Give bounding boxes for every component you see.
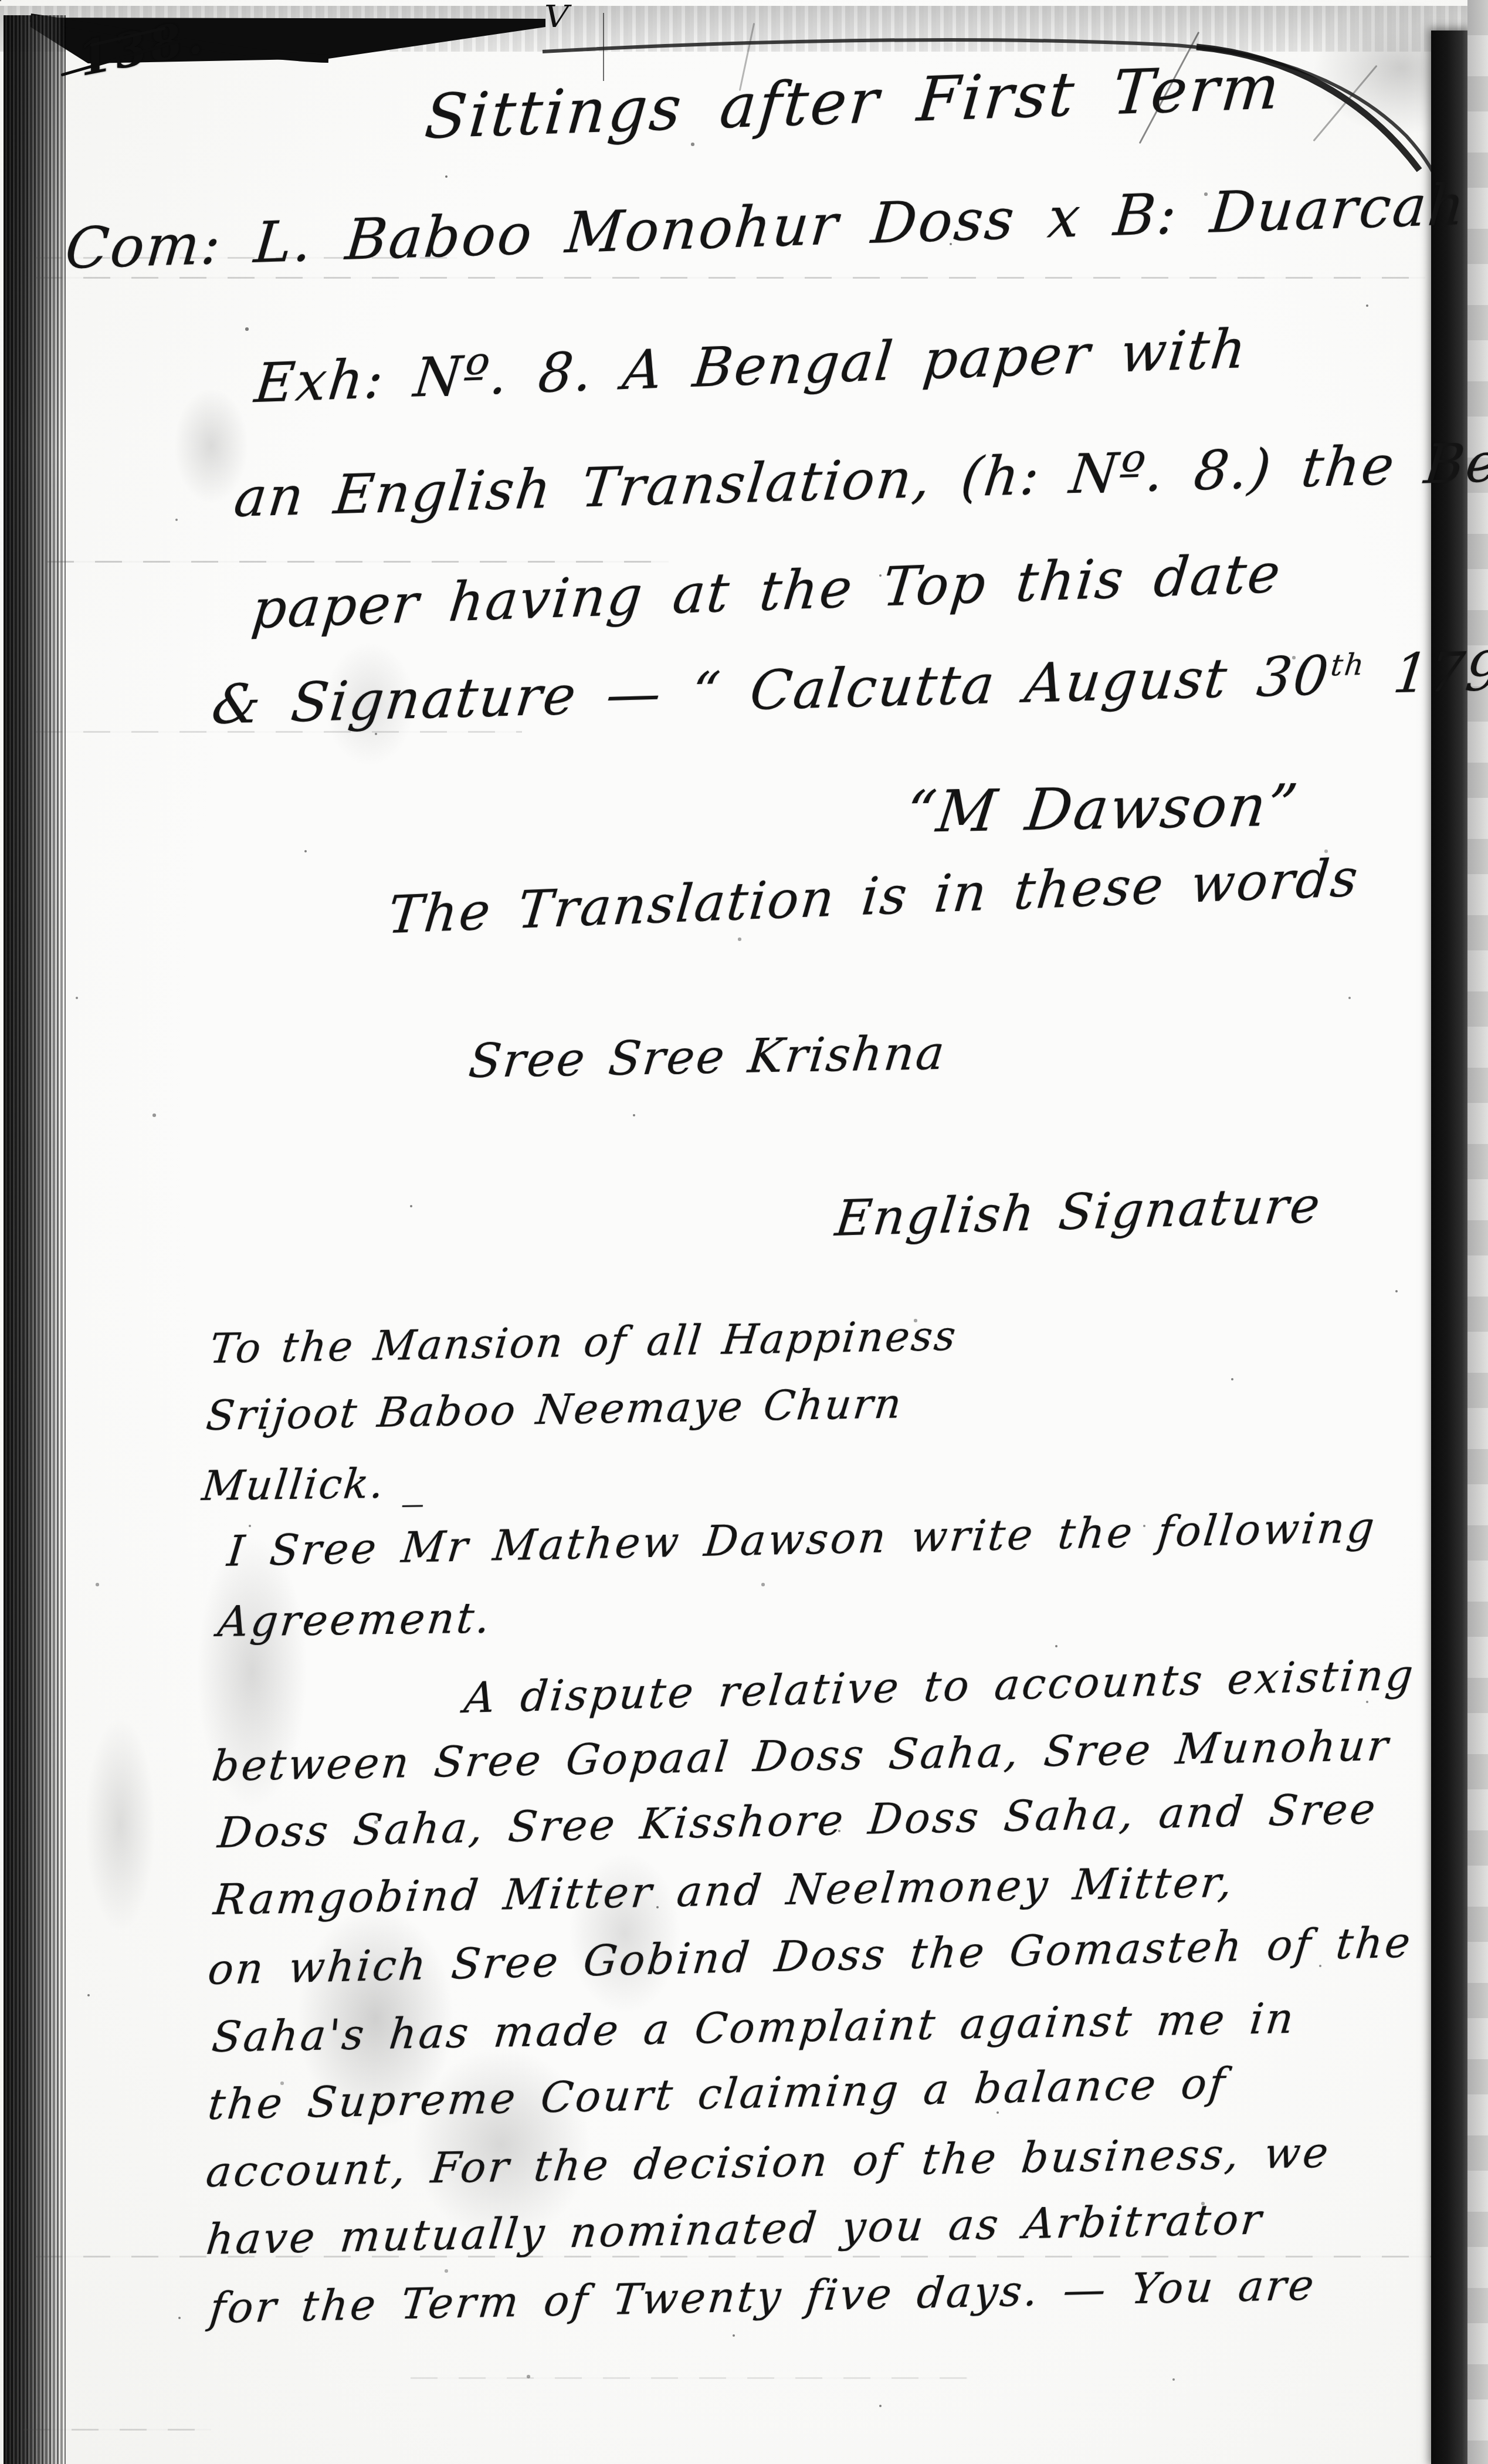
fold-crease-line bbox=[603, 13, 604, 81]
scan-line bbox=[47, 561, 669, 563]
right-margin-strip bbox=[1467, 0, 1488, 2464]
smudge bbox=[70, 1672, 170, 1977]
fold-mark: V bbox=[544, 0, 569, 35]
invocation-line: Sree Sree Krishna bbox=[466, 1025, 948, 1088]
body-line-5: Doss Saha, Sree Kisshore Doss Saha, and … bbox=[216, 1784, 1380, 1858]
body-line-4: between Sree Gopaal Doss Saha, Sree Muno… bbox=[210, 1721, 1393, 1791]
right-page-edge-bar bbox=[1431, 31, 1467, 2464]
body-line-3: A dispute relative to accounts existing bbox=[462, 1650, 1418, 1722]
scan-line bbox=[35, 277, 1425, 279]
body-line-12: for the Term of Twenty five days. — You … bbox=[208, 2260, 1318, 2333]
exhibit-date-year: 1790” bbox=[1361, 638, 1488, 706]
translation-intro-line: The Translation is in these words bbox=[385, 847, 1362, 945]
body-line-1: I Sree Mr Mathew Dawson write the follow… bbox=[225, 1502, 1379, 1576]
exhibit-line-1: Exh: Nº. 8. A Bengal paper with bbox=[252, 317, 1250, 415]
scan-line bbox=[411, 2377, 968, 2379]
salutation-line-2: Srijoot Baboo Neemaye Churn bbox=[204, 1379, 906, 1440]
ink-speckles bbox=[0, 0, 1, 1]
exhibit-line-3: paper having at the Top this date bbox=[249, 541, 1284, 641]
body-line-2: Agreement. bbox=[215, 1593, 494, 1646]
scan-line bbox=[23, 2429, 211, 2431]
body-line-11: have mutually nominated you as Arbitrato… bbox=[204, 2194, 1266, 2264]
exhibit-line-2: an English Translation, (h: Nº. 8.) the … bbox=[231, 428, 1488, 530]
exhibit-signature-line: “M Dawson” bbox=[902, 772, 1303, 846]
left-binding-gutter bbox=[4, 15, 66, 2464]
salutation-line-1: To the Mansion of all Happiness bbox=[208, 1312, 960, 1373]
salutation-line-3: Mullick. _ bbox=[200, 1459, 430, 1510]
date-ordinal-suffix: th bbox=[1329, 647, 1368, 683]
manuscript-page: 138. V Sittings after First Term Com: L.… bbox=[0, 0, 1488, 2464]
english-signature-note: English Signature bbox=[832, 1176, 1324, 1247]
